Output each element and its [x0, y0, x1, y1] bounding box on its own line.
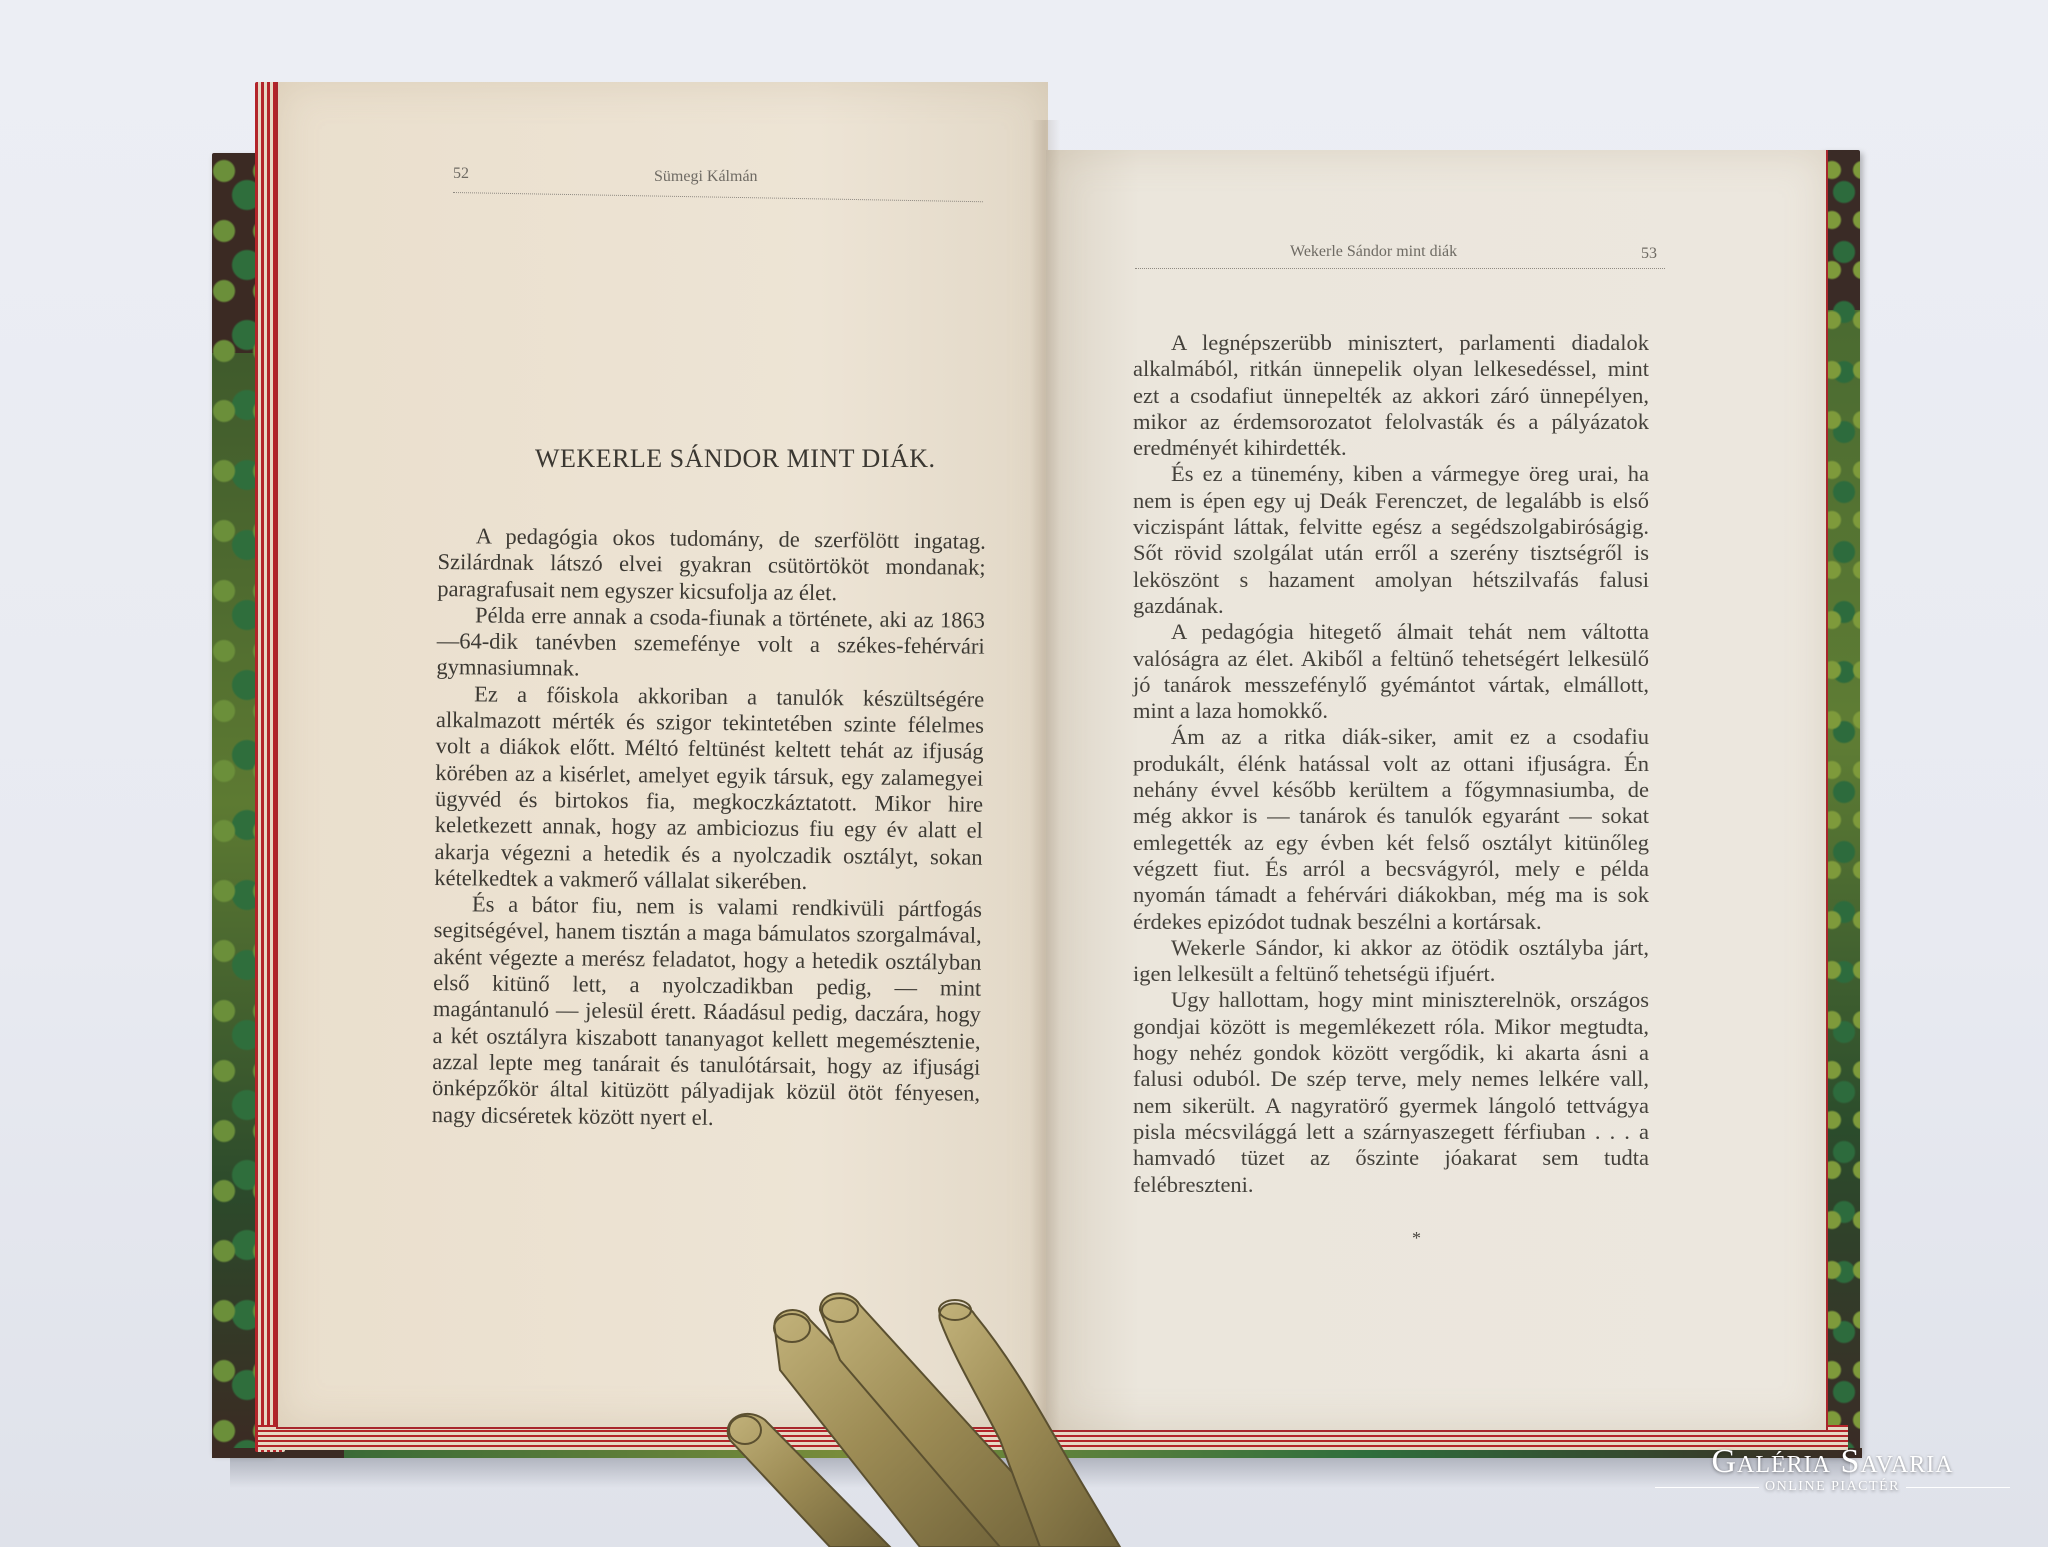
- watermark-rule-right: [1906, 1487, 2010, 1488]
- right-page-number: 53: [1641, 245, 1657, 263]
- right-header-rule: [1135, 268, 1665, 269]
- paragraph: A pedagógia hitegető álmait tehát nem vá…: [1133, 619, 1649, 724]
- paragraph: A legnépszerübb minisztert, parlamenti d…: [1133, 330, 1649, 461]
- paragraph: Ugy hallottam, hogy mint miniszterelnök,…: [1133, 987, 1649, 1197]
- watermark-subtitle-row: ONLINE PIACTÉR: [1655, 1479, 2010, 1495]
- paragraph: Ez a főiskola akkoriban a tanulók készül…: [434, 681, 984, 897]
- photo-scene: 52 Sümegi Kálmán Wekerle Sándor mint diá…: [0, 0, 2048, 1547]
- watermark-rule-left: [1655, 1487, 1759, 1488]
- chapter-title: WEKERLE SÁNDOR MINT DIÁK.: [535, 444, 936, 474]
- paragraph: Wekerle Sándor, ki akkor az ötödik osztá…: [1133, 935, 1649, 988]
- watermark-subtitle: ONLINE PIACTÉR: [1765, 1479, 1900, 1495]
- right-running-head: Wekerle Sándor mint diák: [1290, 243, 1457, 261]
- paragraph: És ez a tünemény, kiben a vármegye öreg …: [1133, 461, 1649, 619]
- watermark-title: Galéria Savaria: [1655, 1445, 2010, 1479]
- gallery-watermark: Galéria Savaria ONLINE PIACTÉR: [1655, 1445, 2010, 1495]
- brass-hand-bookmark: [700, 1280, 1260, 1547]
- paragraph: És a bátor fiu, nem is valami rendkivüli…: [432, 891, 982, 1133]
- paragraph: Ám az a ritka diák-siker, amit ez a csod…: [1133, 724, 1649, 934]
- left-page-body: A pedagógia okos tudomány, de szerfölött…: [432, 523, 986, 1134]
- left-page-number: 52: [453, 165, 469, 183]
- right-page-body: A legnépszerübb minisztert, parlamenti d…: [1133, 330, 1649, 1198]
- left-running-head: Sümegi Kálmán: [654, 168, 758, 186]
- section-break-asterisk: *: [1412, 1228, 1421, 1249]
- paragraph: A pedagógia okos tudomány, de szerfölött…: [437, 523, 986, 608]
- book-gutter: [1030, 120, 1060, 1430]
- paragraph: Példa erre annak a csoda-fiunak a történ…: [436, 602, 985, 687]
